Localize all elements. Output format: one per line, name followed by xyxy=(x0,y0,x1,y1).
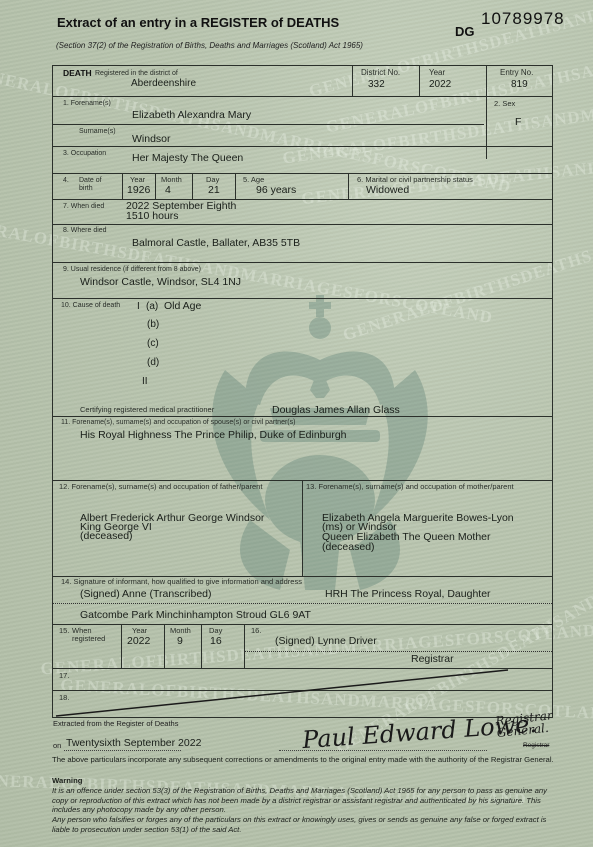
serial-prefix: DG xyxy=(455,24,475,39)
informant-qualification: HRH The Princess Royal, Daughter xyxy=(325,589,491,600)
certifying-value: Douglas James Allan Glass xyxy=(272,405,400,416)
sex-label: 2. Sex xyxy=(494,100,515,108)
dob-day-label: Day xyxy=(206,176,219,184)
dob-month-value: 4 xyxy=(165,185,171,196)
extract-date: Twentysixth September 2022 xyxy=(66,737,201,749)
district-no-value: 332 xyxy=(368,79,385,90)
cause-part1-label: I xyxy=(137,301,140,312)
mother-label: 13. Forename(s), surname(s) and occupati… xyxy=(306,483,514,491)
document-subtitle: (Section 37(2) of the Registration of Bi… xyxy=(56,41,363,50)
on-label: on xyxy=(53,741,61,750)
sex-value: F xyxy=(515,117,521,128)
when-died-label: 7. When died xyxy=(63,203,104,211)
age-value: 96 years xyxy=(256,185,296,196)
registered-label: When registered xyxy=(72,627,112,643)
death-label: DEATH xyxy=(63,69,92,77)
surname-label: Surname(s) xyxy=(79,128,116,136)
printed-registrar-title: Registrar xyxy=(523,742,549,749)
residence-value: Windsor Castle, Windsor, SL4 1NJ xyxy=(80,277,241,288)
registered-number: 15. xyxy=(59,627,69,635)
marital-value: Widowed xyxy=(366,185,409,196)
document-title: Extract of an entry in a REGISTER of DEA… xyxy=(57,15,339,30)
mother-line-4: (deceased) xyxy=(322,542,375,552)
informant-address: Gatcombe Park Minchinhampton Stroud GL6 … xyxy=(80,610,311,621)
serial-number: 10789978 xyxy=(481,9,565,29)
district-label: Registered in the district of xyxy=(95,70,178,78)
informant-signature: (Signed) Anne (Transcribed) xyxy=(80,589,212,600)
father-line-3: (deceased) xyxy=(80,531,133,541)
particulars-note: The above particulars incorporate any su… xyxy=(52,755,562,765)
dob-label: Date of birth xyxy=(79,177,115,193)
spouse-value: His Royal Highness The Prince Philip, Du… xyxy=(80,430,347,441)
residence-label: 9. Usual residence (if different from 8 … xyxy=(63,266,201,274)
father-label: 12. Forename(s), surname(s) and occupati… xyxy=(59,483,262,491)
extracted-label: Extracted from the Register of Deaths xyxy=(53,719,178,728)
entry-no-label: Entry No. xyxy=(500,69,533,77)
cause-c-label: (c) xyxy=(147,338,159,349)
informant-label: 14. Signature of informant, how qualifie… xyxy=(61,578,302,586)
cause-label: 10. Cause of death xyxy=(61,302,120,310)
cause-a-label: (a) xyxy=(146,301,158,312)
cancellation-line xyxy=(53,666,554,719)
forenames-value: Elizabeth Alexandra Mary xyxy=(132,110,251,121)
dob-month-label: Month xyxy=(161,176,182,184)
registrar-title: Registrar xyxy=(411,654,454,665)
warning-heading: Warning xyxy=(52,776,562,786)
registrar-signature: (Signed) Lynne Driver xyxy=(275,636,377,647)
entry-no-value: 819 xyxy=(511,79,528,90)
dob-number: 4. xyxy=(63,177,69,185)
dob-year-value: 1926 xyxy=(127,185,150,196)
certifying-label: Certifying registered medical practition… xyxy=(80,406,214,414)
registrar-number: 16. xyxy=(251,627,261,635)
reg-month-value: 9 xyxy=(177,636,183,647)
reg-year-label: Year xyxy=(132,627,147,635)
when-died-time: 1510 hours xyxy=(126,211,179,222)
year-label: Year xyxy=(429,69,445,77)
warning-text-1: It is an offence under section 53(3) of … xyxy=(52,786,562,815)
district-no-label: District No. xyxy=(361,69,400,77)
surname-value: Windsor xyxy=(132,134,171,145)
occupation-label: 3. Occupation xyxy=(63,150,106,158)
where-died-value: Balmoral Castle, Ballater, AB35 5TB xyxy=(132,238,300,249)
reg-day-value: 16 xyxy=(210,636,222,647)
spouse-label: 11. Forename(s), surname(s) and occupati… xyxy=(61,419,295,427)
age-label: 5. Age xyxy=(243,176,264,184)
cause-b-label: (b) xyxy=(147,319,159,330)
year-value: 2022 xyxy=(429,79,451,90)
where-died-label: 8. Where died xyxy=(63,227,107,235)
forenames-label: 1. Forename(s) xyxy=(63,100,111,108)
reg-day-label: Day xyxy=(209,627,222,635)
warning-text-2: Any person who falsifies or forges any o… xyxy=(52,815,562,834)
occupation-value: Her Majesty The Queen xyxy=(132,153,243,164)
district-value: Aberdeenshire xyxy=(131,78,196,89)
cause-a-value: Old Age xyxy=(164,301,201,312)
reg-year-value: 2022 xyxy=(127,636,150,647)
cause-part2-label: II xyxy=(142,376,148,387)
register-entry-form: DEATH Registered in the district of Aber… xyxy=(52,65,553,718)
cause-d-label: (d) xyxy=(147,357,159,368)
reg-month-label: Month xyxy=(170,627,191,635)
dob-year-label: Year xyxy=(130,176,145,184)
marital-label: 6. Marital or civil partnership status xyxy=(357,176,473,184)
dob-day-value: 21 xyxy=(208,185,220,196)
